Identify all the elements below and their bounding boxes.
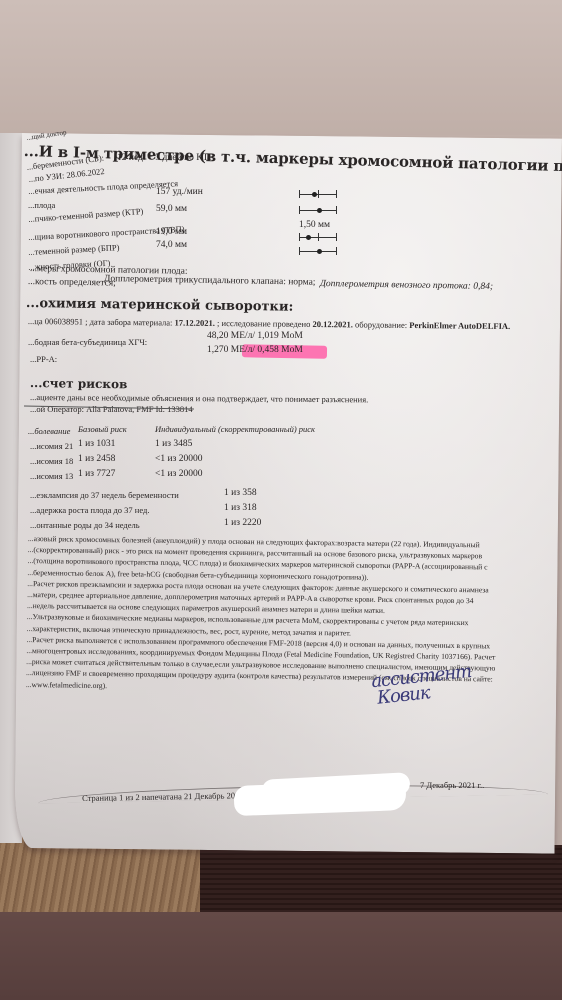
risk-label: ...адержка роста плода до 37 нед.: [30, 505, 149, 515]
pappa-value-main: 1,270 МЕ/л/: [207, 345, 255, 355]
table-cell: ...исомия 18: [30, 456, 73, 466]
measurement-value: 59,0 мм: [156, 204, 187, 214]
markers-line-3: Допплерометрия венозного протока: 0,84;: [320, 279, 493, 292]
redaction-mark: [234, 780, 407, 816]
measurement-value: 157 уд./мин: [156, 187, 203, 197]
pappa-label: ...PP-A:: [30, 354, 57, 364]
pappa-mom-highlighted: 0,458 MoM: [257, 345, 302, 355]
document-content: ...щий доктор ...И в I-м триместре (в т.…: [0, 0, 562, 1000]
risk-value: 1 из 2220: [224, 518, 261, 528]
table-cell: 1 из 3485: [155, 439, 192, 449]
handwritten-signature: ассистент Ковик: [370, 663, 473, 707]
table-header: Базовый риск: [78, 424, 127, 434]
biochem-title: ...охимия материнской сыворотки:: [26, 296, 294, 315]
measurement-value: 74,0 мм: [156, 240, 187, 250]
hcg-label: ...бодная бета-субъединица ХГЧ:: [28, 337, 147, 347]
footer-right-date: 7 Декабрь 2021 г..: [420, 780, 484, 790]
table-cell: ...исомия 13: [30, 471, 73, 481]
table-cell: 1 из 7727: [78, 469, 115, 479]
study-date: 20.12.2021.: [312, 319, 352, 329]
gestation-value: 12 нед. + 3 дней по КТР: [117, 153, 214, 163]
table-cell: 1 из 2458: [78, 454, 115, 464]
table-cell: 1 из 1031: [78, 439, 115, 449]
sample-date: 17.12.2021.: [175, 318, 215, 328]
equipment: PerkinElmer AutoDELFIA.: [409, 320, 510, 331]
study-prefix: ; исследование проведено: [217, 318, 310, 329]
markers-line-2: Допплерометрия трикуспидального клапана:…: [104, 274, 316, 288]
footer-page-info: Страница 1 из 2 напечатана 21 Декабрь 20…: [82, 790, 239, 803]
table-header: ...болевание: [28, 426, 70, 436]
range-bar: [299, 233, 337, 241]
table-header: Индивидуальный (скорректированный) риск: [155, 424, 315, 434]
measurement-value: 19,0 мм: [156, 227, 187, 237]
biochem-sample-line: ...ца 006038951 ; дата забора материала:…: [28, 316, 510, 331]
equipment-prefix: оборудование:: [355, 319, 407, 330]
measurement-value: 1,50 мм: [299, 220, 330, 230]
risk-title: ...счет рисков: [30, 376, 128, 391]
risk-label: ...еэклампсия до 37 недель беременности: [30, 490, 179, 500]
table-cell: <1 из 20000: [155, 454, 202, 464]
consent-line: ...ациенте даны все необходимые объяснен…: [30, 392, 368, 404]
measurement-label: ...теменной размер (БПР): [28, 242, 120, 257]
range-bar: [299, 190, 337, 198]
sample-prefix: ...ца 006038951 ; дата забора материала:: [28, 316, 173, 328]
range-bar: [299, 247, 337, 255]
measurement-label: ...плода: [28, 200, 55, 210]
markers-line-1: ...кость определяется;: [28, 277, 116, 289]
range-bar: [299, 206, 337, 214]
table-cell: <1 из 20000: [155, 469, 202, 479]
risk-label: ...онтанные роды до 34 недель: [30, 520, 140, 530]
risk-value: 1 из 358: [224, 488, 257, 498]
risk-value: 1 из 318: [224, 503, 257, 513]
pappa-value: 1,270 МЕ/л/ 0,458 MoM: [207, 345, 303, 355]
hcg-value: 48,20 МЕ/л/ 1,019 MoM: [207, 331, 303, 341]
header-fragment: ...щий доктор: [26, 128, 67, 142]
table-cell: ...исомия 21: [30, 441, 73, 451]
